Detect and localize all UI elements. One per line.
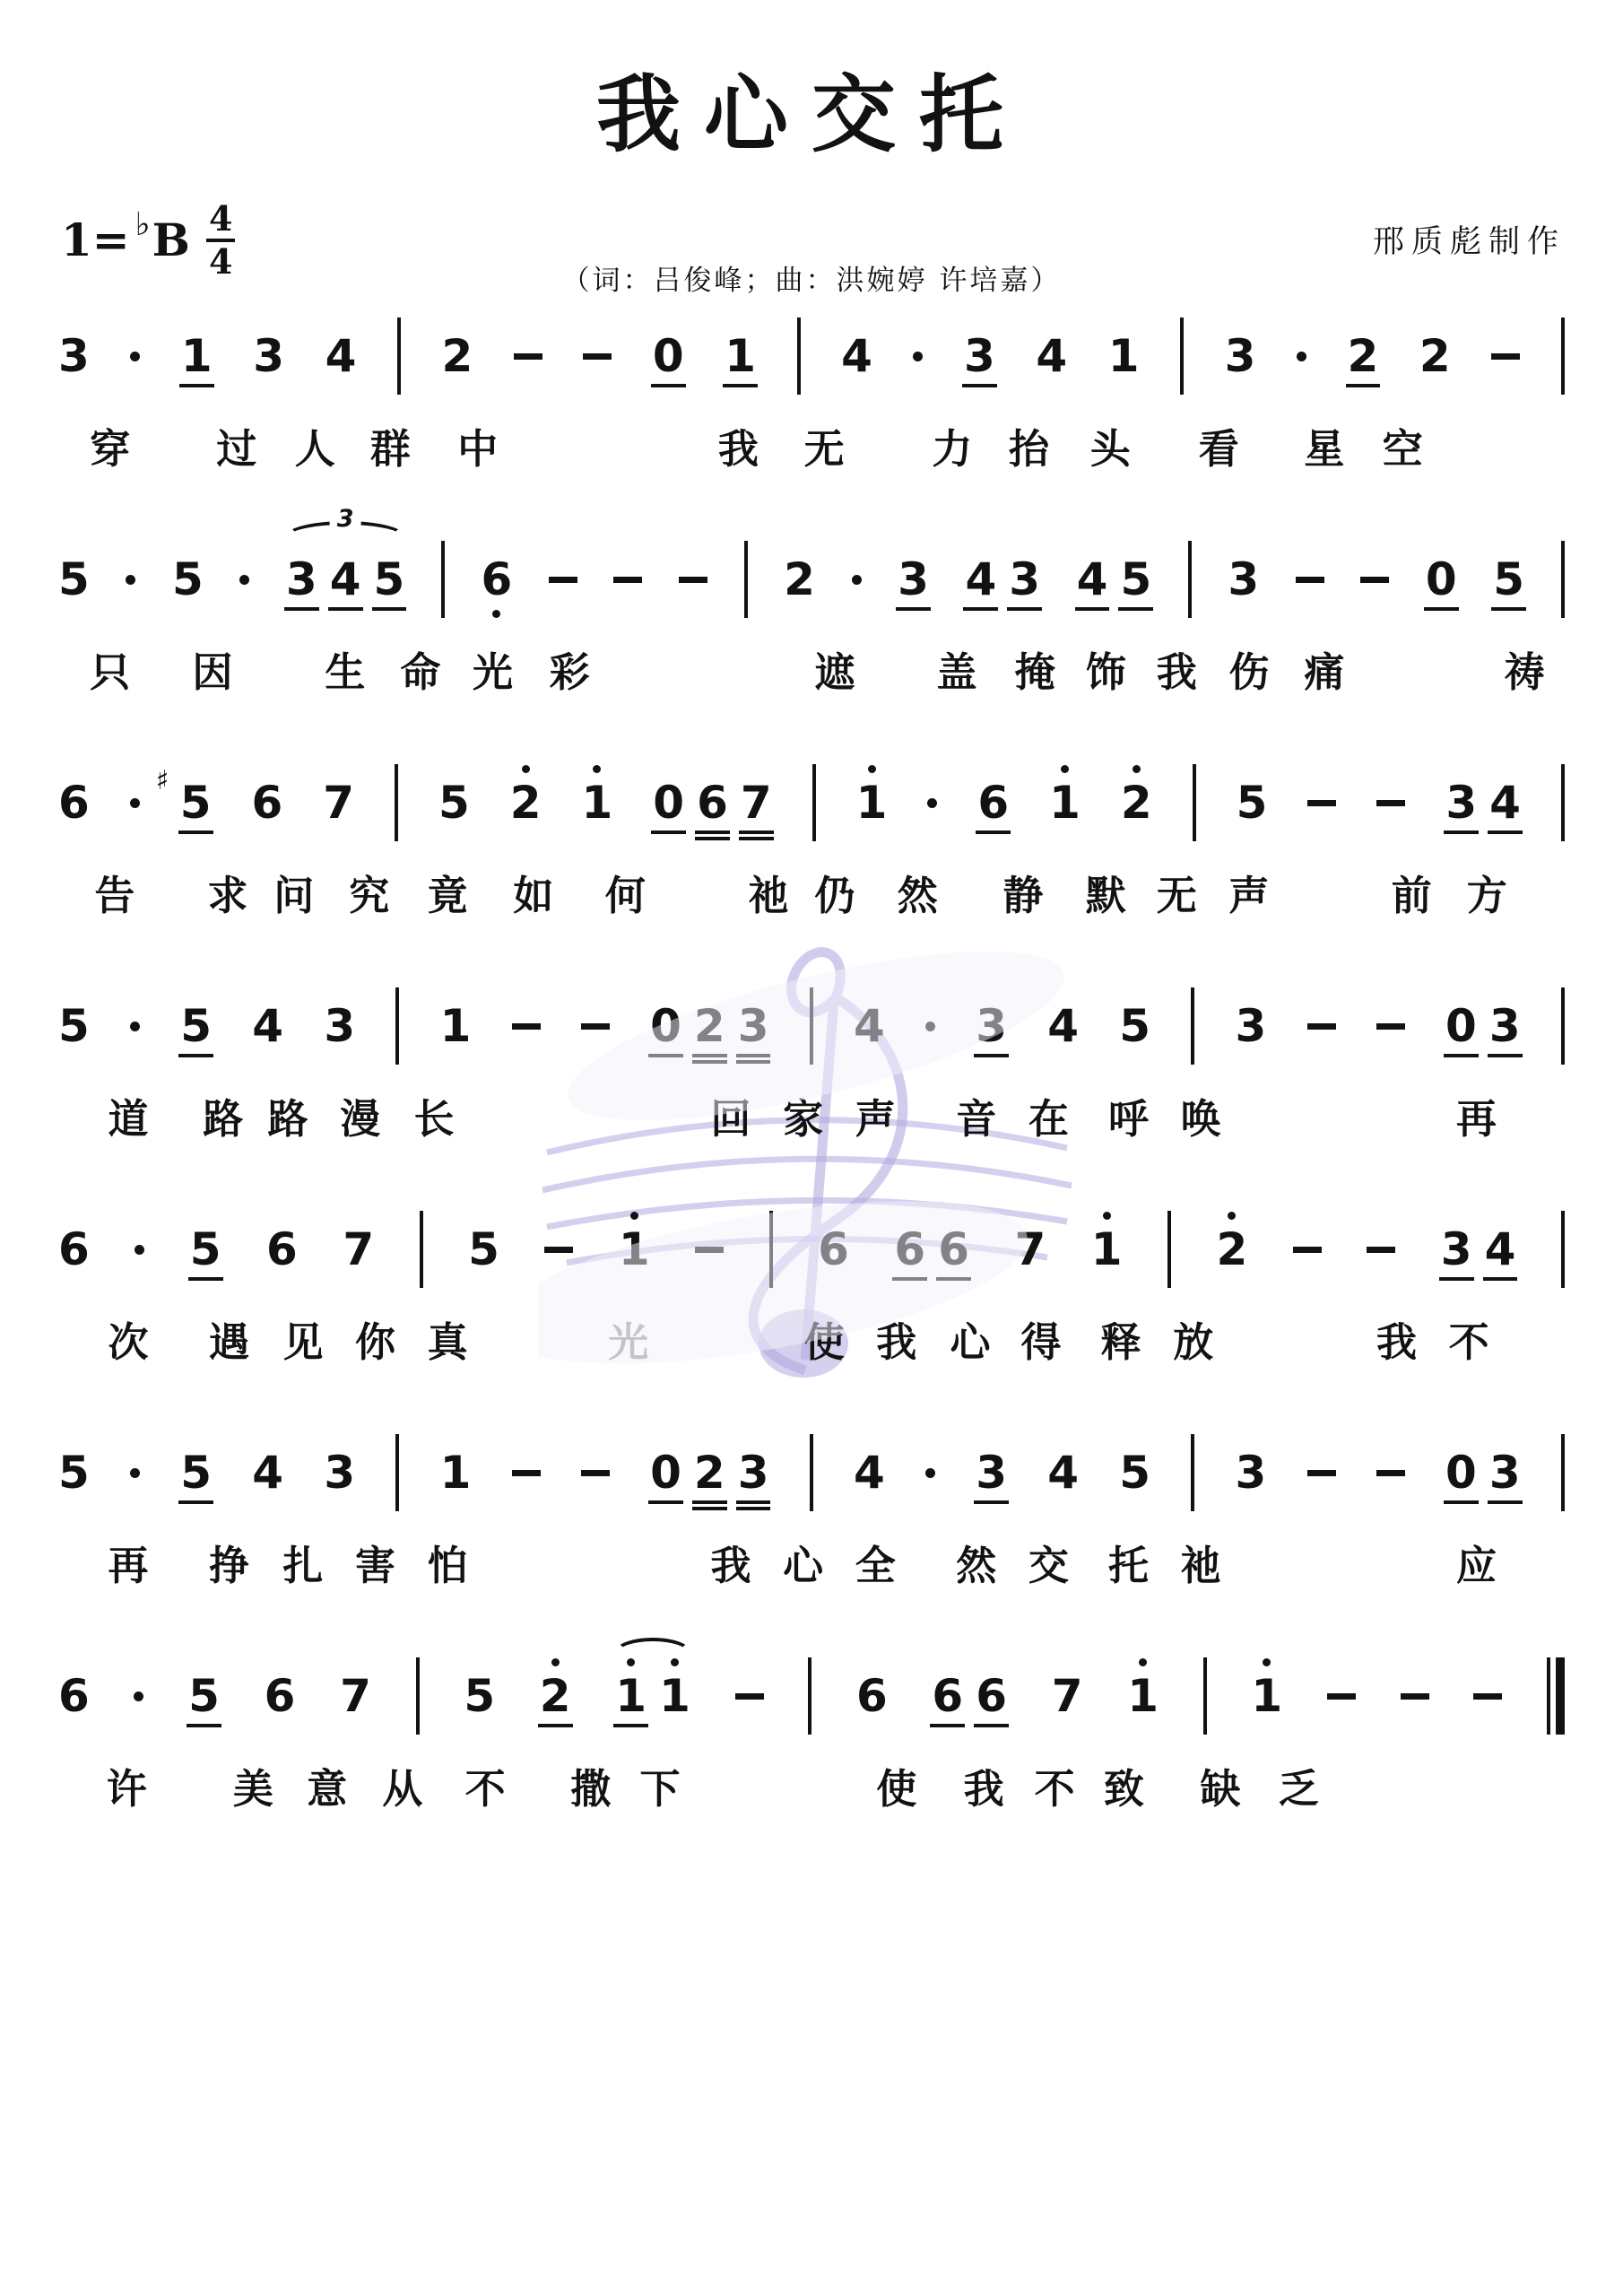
note: 5 bbox=[438, 780, 470, 825]
note: 1 bbox=[1091, 1227, 1123, 1272]
note-digit: 6 bbox=[932, 1674, 963, 1718]
note: 0 bbox=[1445, 1450, 1477, 1495]
barline bbox=[395, 764, 398, 841]
note-digit: 7 bbox=[340, 1674, 371, 1718]
note: 0 bbox=[1426, 557, 1457, 602]
barline bbox=[420, 1211, 423, 1288]
note-digit: 6 bbox=[265, 1674, 296, 1718]
lyric-syllable: 我 bbox=[718, 429, 759, 469]
note: 7 bbox=[323, 780, 354, 825]
note-digit: 4 bbox=[1077, 557, 1108, 602]
note: 7 bbox=[343, 1227, 374, 1272]
note: 6 bbox=[932, 1674, 963, 1718]
note-group: 023 bbox=[650, 1450, 768, 1495]
note-digit: 4 bbox=[330, 557, 361, 602]
underline bbox=[739, 837, 774, 840]
underline bbox=[695, 837, 730, 840]
note: 2 bbox=[1217, 1227, 1248, 1272]
note-group: 34 bbox=[1441, 1227, 1516, 1272]
note-digit: 3 bbox=[1489, 1004, 1521, 1048]
note: 3 bbox=[1445, 780, 1477, 825]
underline bbox=[178, 1500, 213, 1504]
notes-row: 5533456234345305 bbox=[58, 539, 1565, 620]
note: 4 bbox=[325, 334, 357, 378]
lyric-syllable: 不 bbox=[465, 1769, 506, 1809]
note-digit: 3 bbox=[1445, 780, 1477, 825]
lyric-syllable: 我 bbox=[1376, 1322, 1417, 1362]
sharp-icon: ♯ bbox=[156, 768, 169, 795]
note-digit: 6 bbox=[58, 1227, 90, 1272]
lyric-syllable: 心 bbox=[783, 1545, 823, 1586]
note: 2 bbox=[1348, 334, 1379, 378]
note-digit: 5 bbox=[58, 557, 90, 602]
note-digit: 0 bbox=[1445, 1004, 1477, 1048]
octave-dot-high bbox=[868, 765, 876, 773]
underline bbox=[974, 1724, 1009, 1727]
note-digit: 0 bbox=[653, 780, 684, 825]
note-group: 11 bbox=[615, 1674, 690, 1718]
note: 0 bbox=[650, 1450, 681, 1495]
notes-row: 65675166671234 bbox=[58, 1209, 1565, 1290]
underline bbox=[736, 1507, 771, 1510]
note-digit: 3 bbox=[253, 334, 284, 378]
lyric-syllable: 祷 bbox=[1505, 652, 1545, 692]
barline bbox=[397, 317, 401, 395]
lyric-syllable: 真 bbox=[428, 1322, 468, 1362]
lyric-syllable: 星 bbox=[1304, 429, 1344, 469]
augmentation-dot bbox=[1297, 352, 1306, 361]
underline bbox=[1444, 831, 1479, 834]
note-digit: 2 bbox=[540, 1674, 571, 1718]
dash bbox=[1491, 353, 1520, 360]
note-digit: 5 bbox=[180, 1450, 212, 1495]
underline bbox=[1444, 1054, 1479, 1057]
note: ♯5 bbox=[180, 780, 212, 825]
lyric-syllable: 穿 bbox=[90, 429, 130, 469]
barline bbox=[1188, 541, 1192, 618]
barline bbox=[395, 987, 399, 1065]
lyric-syllable: 默 bbox=[1086, 875, 1126, 916]
dash bbox=[544, 1247, 573, 1253]
dash bbox=[549, 577, 577, 583]
note-digit: 5 bbox=[438, 780, 470, 825]
lyric-syllable: 看 bbox=[1199, 429, 1239, 469]
note-digit: 3 bbox=[738, 1450, 769, 1495]
lyric-syllable: 见 bbox=[282, 1322, 323, 1362]
lyric-syllable: 光 bbox=[608, 1322, 648, 1362]
lyrics-row: 告求问究竟如何祂仍然静默无声前方 bbox=[58, 875, 1565, 929]
note: 2 bbox=[540, 1674, 571, 1718]
note-digit: 6 bbox=[697, 780, 728, 825]
underline bbox=[692, 1507, 727, 1510]
lyric-syllable: 然 bbox=[956, 1545, 996, 1586]
dash bbox=[514, 353, 542, 360]
note: 3 bbox=[1228, 557, 1259, 602]
note-digit: 4 bbox=[965, 557, 996, 602]
note-digit: 1 bbox=[1251, 1674, 1282, 1718]
underline bbox=[976, 831, 1011, 834]
octave-dot-low bbox=[492, 610, 500, 618]
underline bbox=[936, 1277, 971, 1281]
note-digit: 4 bbox=[854, 1450, 885, 1495]
underline bbox=[1007, 607, 1042, 611]
lyric-syllable: 害 bbox=[355, 1545, 395, 1586]
lyric-syllable: 群 bbox=[370, 429, 411, 469]
note: 6 bbox=[977, 780, 1009, 825]
note-group: 34 bbox=[1445, 780, 1521, 825]
note: 3 bbox=[1236, 1004, 1267, 1048]
note: 2 bbox=[1121, 780, 1152, 825]
underline bbox=[328, 607, 363, 611]
underline bbox=[692, 1054, 727, 1057]
dash bbox=[735, 1693, 764, 1700]
lyric-syllable: 路 bbox=[268, 1099, 308, 1139]
note-group: 66 bbox=[932, 1674, 1007, 1718]
barline bbox=[808, 1657, 811, 1735]
lyric-syllable: 意 bbox=[307, 1769, 347, 1809]
note: 6 bbox=[265, 1674, 296, 1718]
underline bbox=[651, 384, 686, 387]
underline bbox=[1488, 1500, 1523, 1504]
lyric-syllable: 从 bbox=[382, 1769, 422, 1809]
lyric-syllable: 家 bbox=[783, 1099, 823, 1139]
lyric-syllable: 光 bbox=[473, 652, 513, 692]
note-digit: 1 bbox=[181, 334, 213, 378]
key-prefix: 1= bbox=[61, 218, 130, 263]
note-digit: 1 bbox=[1091, 1227, 1123, 1272]
note-group: 023 bbox=[650, 1004, 768, 1048]
note-digit: 6 bbox=[938, 1227, 969, 1272]
note: 6 bbox=[938, 1227, 969, 1272]
notes-row: 554310234345303 bbox=[58, 986, 1565, 1066]
note-digit: 2 bbox=[784, 557, 815, 602]
dash bbox=[1293, 1247, 1322, 1253]
barline bbox=[395, 1434, 399, 1511]
note: 4 bbox=[1485, 1227, 1516, 1272]
note: 2 bbox=[510, 780, 542, 825]
note-digit: 3 bbox=[286, 557, 317, 602]
note: 6 bbox=[58, 1227, 90, 1272]
note: 5 bbox=[58, 1004, 90, 1048]
augmentation-dot bbox=[126, 575, 135, 585]
octave-dot-high bbox=[1061, 765, 1069, 773]
note-digit: 5 bbox=[180, 780, 212, 825]
note-digit: 3 bbox=[1009, 557, 1040, 602]
barline bbox=[1561, 764, 1565, 841]
underline bbox=[1075, 607, 1110, 611]
note: 0 bbox=[1445, 1004, 1477, 1048]
underline bbox=[651, 831, 686, 834]
note: 7 bbox=[1052, 1674, 1083, 1718]
lyric-syllable: 许 bbox=[107, 1769, 147, 1809]
dash bbox=[695, 1247, 724, 1253]
lyric-syllable: 放 bbox=[1173, 1322, 1213, 1362]
note: 3 bbox=[898, 557, 929, 602]
lyric-syllable: 应 bbox=[1456, 1545, 1497, 1586]
augmentation-dot bbox=[134, 1692, 143, 1701]
note: 3 bbox=[1441, 1227, 1472, 1272]
note: 6 bbox=[894, 1227, 925, 1272]
lyric-syllable: 挣 bbox=[209, 1545, 249, 1586]
producer-credit: 邢质彪制作 bbox=[1373, 217, 1566, 262]
note-digit: 3 bbox=[976, 1450, 1007, 1495]
note-digit: 5 bbox=[1119, 1004, 1150, 1048]
note: 3 bbox=[964, 334, 995, 378]
note-digit: 5 bbox=[374, 557, 405, 602]
lyric-syllable: 过 bbox=[216, 429, 256, 469]
lyric-syllable: 头 bbox=[1090, 429, 1131, 469]
augmentation-dot bbox=[913, 352, 923, 361]
note-digit: 2 bbox=[510, 780, 542, 825]
note: 1 bbox=[1127, 1674, 1159, 1718]
note: 1 bbox=[856, 780, 888, 825]
note-digit: 1 bbox=[582, 780, 613, 825]
underline bbox=[179, 384, 214, 387]
note-digit: 7 bbox=[343, 1227, 374, 1272]
note-group: 3345 bbox=[286, 557, 404, 602]
note-digit: 5 bbox=[464, 1674, 495, 1718]
underline bbox=[188, 1277, 223, 1281]
lyric-syllable: 抬 bbox=[1009, 429, 1049, 469]
note: 1 bbox=[440, 1450, 472, 1495]
lyric-syllable: 我 bbox=[710, 1545, 751, 1586]
lyric-syllable: 究 bbox=[349, 875, 389, 916]
note: 4 bbox=[330, 557, 361, 602]
barline bbox=[1561, 1434, 1565, 1511]
score-line: 65675166671234次遇见你真光使我心得释放我不 bbox=[58, 1209, 1565, 1432]
lyric-syllable: 如 bbox=[513, 875, 553, 916]
credits-line: （词：吕俊峰；曲：洪婉婷 许培嘉） bbox=[0, 257, 1623, 298]
note: 5 bbox=[180, 1450, 212, 1495]
note-digit: 2 bbox=[1121, 780, 1152, 825]
underline bbox=[892, 1277, 927, 1281]
note-group: 03 bbox=[1445, 1450, 1521, 1495]
note-digit: 4 bbox=[841, 334, 872, 378]
note-digit: 3 bbox=[58, 334, 90, 378]
note: 1 bbox=[659, 1674, 690, 1718]
note: 3 bbox=[1489, 1450, 1521, 1495]
lyric-syllable: 前 bbox=[1392, 875, 1432, 916]
lyric-syllable: 漫 bbox=[340, 1099, 380, 1139]
lyrics-row: 次遇见你真光使我心得释放我不 bbox=[58, 1322, 1565, 1376]
dash bbox=[581, 1023, 610, 1030]
note: 4 bbox=[841, 334, 872, 378]
note-digit: 3 bbox=[1441, 1227, 1472, 1272]
note-digit: 3 bbox=[324, 1450, 355, 1495]
lyric-syllable: 心 bbox=[950, 1322, 991, 1362]
lyric-syllable: 痛 bbox=[1304, 652, 1344, 692]
note-digit: 6 bbox=[818, 1227, 849, 1272]
note-digit: 3 bbox=[1236, 1004, 1267, 1048]
barline bbox=[1561, 1211, 1565, 1288]
note: 1 bbox=[440, 1004, 472, 1048]
note: 2 bbox=[694, 1004, 725, 1048]
note-digit: 3 bbox=[738, 1004, 769, 1048]
note-digit: 2 bbox=[441, 334, 473, 378]
lyric-syllable: 托 bbox=[1108, 1545, 1149, 1586]
dash bbox=[512, 1470, 541, 1476]
note-digit: 5 bbox=[58, 1004, 90, 1048]
note: 4 bbox=[1077, 557, 1108, 602]
lyric-syllable: 你 bbox=[355, 1322, 395, 1362]
augmentation-dot bbox=[135, 1245, 144, 1255]
note: 0 bbox=[653, 334, 684, 378]
lyric-syllable: 使 bbox=[804, 1322, 845, 1362]
lyric-syllable: 我 bbox=[876, 1322, 916, 1362]
octave-dot-high bbox=[1103, 1212, 1111, 1220]
lyric-syllable: 力 bbox=[932, 429, 972, 469]
note: 5 bbox=[468, 1227, 499, 1272]
note-digit: 0 bbox=[650, 1450, 681, 1495]
note-digit: 5 bbox=[468, 1227, 499, 1272]
underline bbox=[187, 1724, 221, 1727]
dash bbox=[679, 577, 707, 583]
note-digit: 6 bbox=[856, 1674, 888, 1718]
lyric-syllable: 音 bbox=[956, 1099, 996, 1139]
lyric-syllable: 中 bbox=[457, 429, 498, 469]
note-digit: 2 bbox=[694, 1004, 725, 1048]
lyric-syllable: 扎 bbox=[282, 1545, 323, 1586]
note-digit: 4 bbox=[252, 1450, 283, 1495]
note: 3 bbox=[324, 1004, 355, 1048]
dash bbox=[1367, 1247, 1395, 1253]
lyric-syllable: 然 bbox=[898, 875, 938, 916]
note: 6 bbox=[481, 557, 512, 602]
lyric-syllable: 静 bbox=[1002, 875, 1043, 916]
lyric-syllable: 我 bbox=[964, 1769, 1004, 1809]
note: 5 bbox=[1237, 780, 1268, 825]
lyrics-row: 只因生命光彩遮盖掩饰我伤痛祷 bbox=[58, 652, 1565, 706]
lyric-syllable: 长 bbox=[413, 1099, 454, 1139]
note: 5 bbox=[58, 557, 90, 602]
note-digit: 5 bbox=[58, 1450, 90, 1495]
augmentation-dot bbox=[130, 1022, 140, 1031]
note: 6 bbox=[697, 780, 728, 825]
note: 7 bbox=[741, 780, 772, 825]
octave-dot-high bbox=[1139, 1658, 1147, 1666]
barline bbox=[1561, 987, 1565, 1065]
note-digit: 4 bbox=[1489, 780, 1521, 825]
note-digit: 0 bbox=[650, 1004, 681, 1048]
note: 6 bbox=[818, 1227, 849, 1272]
note: 1 bbox=[181, 334, 213, 378]
lyric-syllable: 释 bbox=[1101, 1322, 1141, 1362]
note-digit: 2 bbox=[1419, 334, 1451, 378]
underline bbox=[1483, 1277, 1518, 1281]
underline bbox=[372, 607, 407, 611]
underline bbox=[736, 1054, 771, 1057]
sheet-music-page: { "title": "我心交托", "key_signature": {"pr… bbox=[0, 0, 1623, 2296]
note: 5 bbox=[188, 1674, 220, 1718]
note-digit: 5 bbox=[1493, 557, 1524, 602]
barline bbox=[441, 541, 445, 618]
underline bbox=[736, 1060, 771, 1064]
lyric-syllable: 饰 bbox=[1086, 652, 1126, 692]
note-digit: 3 bbox=[1225, 334, 1256, 378]
lyric-syllable: 使 bbox=[876, 1769, 916, 1809]
score: 31342014341322穿过人群中我无力抬头看星空5533456234345… bbox=[58, 316, 1565, 1879]
note-group: 03 bbox=[1445, 1004, 1521, 1048]
underline bbox=[1439, 1277, 1474, 1281]
underline bbox=[692, 1060, 727, 1064]
note: 7 bbox=[340, 1674, 371, 1718]
note-digit: 4 bbox=[325, 334, 357, 378]
note-digit: 3 bbox=[976, 1004, 1007, 1048]
note: 6 bbox=[266, 1227, 298, 1272]
augmentation-dot bbox=[239, 575, 249, 585]
note: 6 bbox=[856, 1674, 888, 1718]
note: 7 bbox=[1014, 1227, 1046, 1272]
final-barline bbox=[1547, 1657, 1565, 1735]
note-digit: 7 bbox=[1014, 1227, 1046, 1272]
note: 5 bbox=[172, 557, 204, 602]
note: 1 bbox=[725, 334, 756, 378]
note-digit: 4 bbox=[1047, 1450, 1079, 1495]
note: 4 bbox=[965, 557, 996, 602]
note: 3 bbox=[976, 1004, 1007, 1048]
barline bbox=[797, 317, 801, 395]
note-digit: 1 bbox=[440, 1004, 472, 1048]
barline bbox=[1180, 317, 1184, 395]
lyric-syllable: 彩 bbox=[550, 652, 590, 692]
note-digit: 2 bbox=[1348, 334, 1379, 378]
note-digit: 1 bbox=[440, 1450, 472, 1495]
note: 3 bbox=[58, 334, 90, 378]
dash bbox=[1401, 1693, 1429, 1700]
note-digit: 5 bbox=[172, 557, 204, 602]
lyric-syllable: 竟 bbox=[428, 875, 468, 916]
lyric-syllable: 声 bbox=[855, 1099, 896, 1139]
note: 4 bbox=[252, 1450, 283, 1495]
note: 3 bbox=[738, 1450, 769, 1495]
note: 3 bbox=[253, 334, 284, 378]
note: 3 bbox=[976, 1450, 1007, 1495]
augmentation-dot bbox=[130, 352, 140, 361]
octave-dot-high bbox=[1228, 1212, 1236, 1220]
lyric-syllable: 回 bbox=[710, 1099, 751, 1139]
lyrics-row: 再挣扎害怕我心全然交托祂应 bbox=[58, 1545, 1565, 1599]
octave-dot-high bbox=[1263, 1658, 1271, 1666]
barline bbox=[1203, 1657, 1207, 1735]
underline bbox=[695, 831, 730, 834]
lyric-syllable: 交 bbox=[1028, 1545, 1069, 1586]
note-digit: 4 bbox=[1036, 334, 1067, 378]
lyric-syllable: 全 bbox=[855, 1545, 896, 1586]
lyric-syllable: 怕 bbox=[428, 1545, 468, 1586]
note: 1 bbox=[615, 1674, 647, 1718]
lyric-syllable: 撒 bbox=[570, 1769, 611, 1809]
dash bbox=[1296, 577, 1324, 583]
note-digit: 3 bbox=[324, 1004, 355, 1048]
underline bbox=[1424, 607, 1459, 611]
note-digit: 1 bbox=[1127, 1674, 1159, 1718]
dash bbox=[1307, 1023, 1336, 1030]
dash bbox=[1327, 1693, 1356, 1700]
note: 5 bbox=[374, 557, 405, 602]
underline bbox=[178, 1054, 213, 1057]
lyric-syllable: 方 bbox=[1467, 875, 1507, 916]
note: 3 bbox=[286, 557, 317, 602]
note: 5 bbox=[1493, 557, 1524, 602]
barline bbox=[1561, 317, 1565, 395]
note: 3 bbox=[738, 1004, 769, 1048]
score-line: 6♯5675210671612534告求问究竟如何祂仍然静默无声前方 bbox=[58, 762, 1565, 986]
note: 3 bbox=[1489, 1004, 1521, 1048]
note-digit: 0 bbox=[1445, 1450, 1477, 1495]
underline bbox=[648, 1500, 683, 1504]
note-digit: 2 bbox=[694, 1450, 725, 1495]
lyric-syllable: 空 bbox=[1383, 429, 1423, 469]
